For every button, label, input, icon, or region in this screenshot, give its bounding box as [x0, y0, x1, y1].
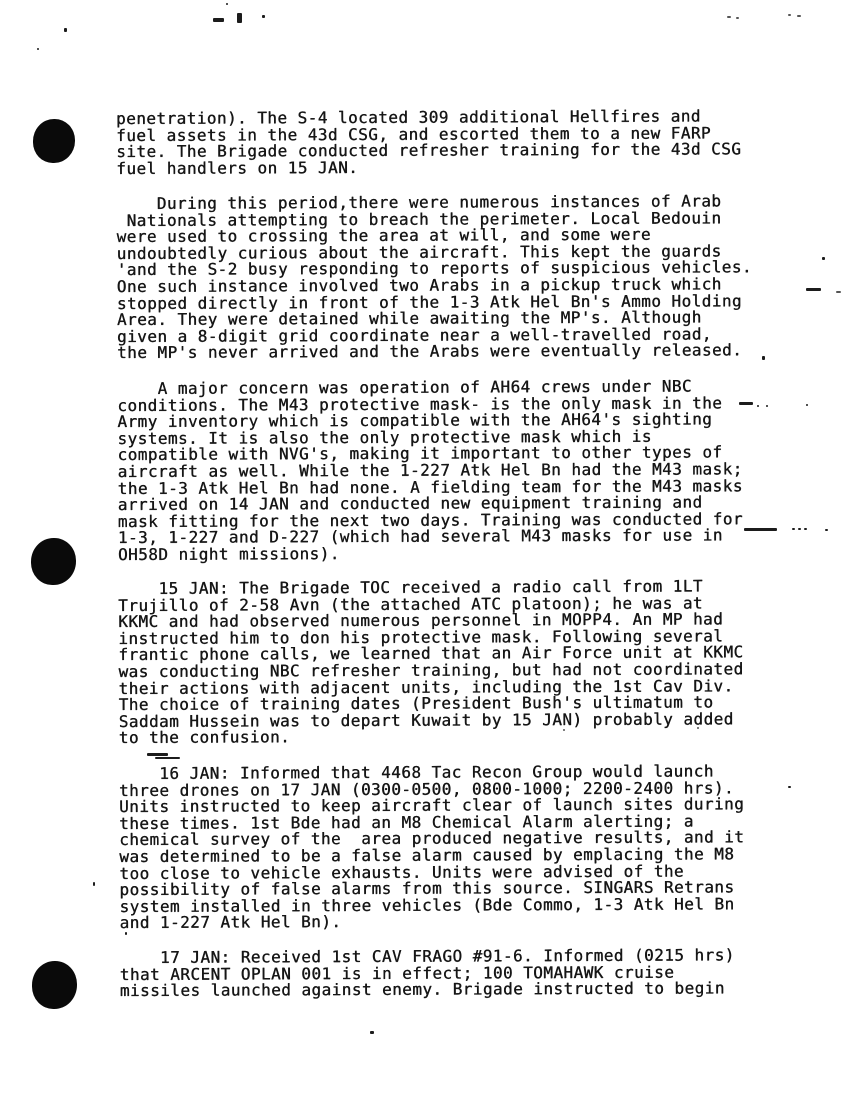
scan-speck: [226, 3, 228, 5]
document-text-block: penetration). The S-4 located 309 additi…: [0, 0, 850, 1094]
scan-dash: [213, 18, 224, 22]
scan-speck: [792, 528, 795, 530]
underline-the-mark: [155, 757, 180, 759]
paragraph-17-jan: 17 JAN: Received 1st CAV FRAGO #91-6. In…: [120, 947, 735, 999]
scan-speck: [237, 13, 242, 23]
scan-speck: [64, 28, 67, 32]
scan-speck: [766, 405, 768, 407]
scan-speck: [825, 529, 828, 531]
scan-speck: [806, 404, 808, 406]
underline-the-mark: [147, 753, 168, 756]
scan-speck: [836, 291, 841, 293]
scan-speck: [822, 257, 825, 260]
scan-speck: [125, 932, 127, 935]
scan-dash: [806, 288, 821, 291]
scan-speck: [563, 729, 565, 731]
paragraph-15-jan: 15 JAN: The Brigade TOC received a radio…: [118, 578, 744, 747]
scan-speck: [797, 15, 801, 17]
scan-speck: [804, 528, 807, 530]
scan-speck: [697, 727, 699, 729]
scan-dash: [739, 402, 753, 405]
scan-speck: [727, 16, 731, 18]
paragraph-16-jan: 16 JAN: Informed that 4468 Tac Recon Gro…: [119, 763, 745, 932]
paragraph-perimeter-breaches: During this period,there were numerous i…: [116, 193, 752, 362]
paragraph-continuation: penetration). The S-4 located 309 additi…: [116, 108, 741, 177]
scan-speck: [788, 786, 791, 788]
scan-speck: [262, 15, 265, 18]
underline-after-for-mark: [744, 528, 777, 531]
scan-speck: [762, 356, 765, 360]
scan-speck: [788, 14, 791, 16]
scan-speck: [757, 405, 759, 407]
paragraph-nbc-masks: A major concern was operation of AH64 cr…: [117, 378, 743, 563]
scan-speck: [370, 1031, 374, 1034]
scan-speck: [93, 882, 95, 886]
scanned-document-page: penetration). The S-4 located 309 additi…: [0, 0, 850, 1094]
scan-speck: [37, 48, 39, 50]
scan-speck: [798, 528, 801, 530]
scan-speck: [736, 17, 739, 19]
